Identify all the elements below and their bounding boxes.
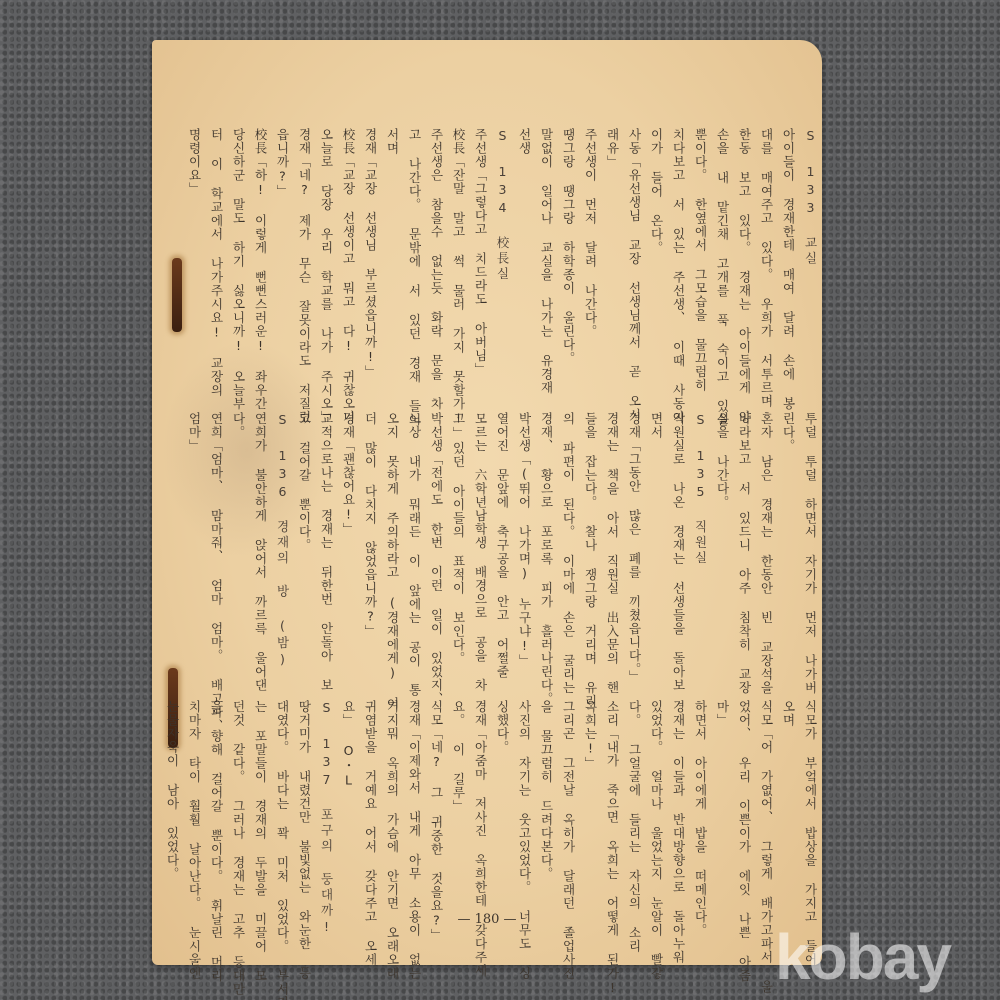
text-column: 엄마」: [184, 412, 204, 687]
text-column: 경재「그동안 많은 폐를 끼쳤읍니다。」: [624, 412, 644, 687]
text-column: 면서: [646, 412, 666, 687]
text-column: 식모「어 가엾어、 그렇게 배가고파서 울: [756, 700, 776, 930]
text-column: 들을 잡는다。 찰나 쟁그랑 거리며 유리: [580, 412, 600, 687]
text-column: 고 나간다。 문밖에 서 있던 경재 들어: [404, 128, 424, 428]
script-page: S 133 교실아이들이 경재한테 매여 달려 손에 봉대를 매여주고 있다。 …: [152, 40, 822, 965]
text-column: 校長「하! 이렇게 뻔뻔스러운! 좌우간: [250, 128, 270, 428]
text-column: 오지 못하게 주의하라고 (경재에게) 어: [382, 412, 402, 687]
text-column: 오늘로 당장 우리 학교를 나가 주시오」: [316, 128, 336, 428]
text-column: 요」 O・L: [338, 700, 358, 930]
text-column: 마」: [712, 700, 732, 930]
scene-heading: S 133 교실: [800, 128, 820, 428]
text-column: 다。 그얼굴에 들리는 자신의 소리: [624, 700, 644, 930]
text-column: 선생: [514, 128, 534, 428]
section-bottom: 식모가 부엌에서 밥상을 가지고 들어오며식모「어 가엾어、 그렇게 배가고파서…: [200, 700, 820, 930]
text-column: 주선생이 먼저 달려 나간다。: [580, 128, 600, 428]
text-column: 고 있던 아이들의 표적이 보인다。: [448, 412, 468, 687]
text-column: 당신하군 말도 하기 싫오니까! 오늘부: [228, 128, 248, 428]
text-column: 다。: [228, 412, 248, 687]
text-column: 열어진 문앞에 축구공을 안고 어쩔줄: [492, 412, 512, 687]
staple-top: [172, 258, 182, 332]
text-column: 모르는 六학년남학생 배경으로 공을 차: [470, 412, 490, 687]
text-column: 식모「네? 그 귀중한 것을요?」: [426, 700, 446, 930]
text-column: 읍니까?」: [272, 128, 292, 428]
text-column: 소리「내가 죽으면 옥희는 어떻게 된가!: [602, 700, 622, 930]
text-column: 있었다。 얼마나 울었는지 눈알이 빨갛: [646, 700, 666, 930]
text-column: 교적으로나는 경재는 뒤한번 안돌아 보: [316, 412, 336, 687]
text-column: 이가 들어 온다。: [646, 128, 666, 428]
text-column: 경재、 황으로 포로록 피가 흘러나린다。: [536, 412, 556, 687]
text-column: 옥희는!」: [580, 700, 600, 930]
text-column: 땡그랑 땡그랑 하학종이 울린다。: [558, 128, 578, 428]
text-column: 을 물끄럼히 드려다본다。: [536, 700, 556, 930]
text-column: 싱했다。: [492, 700, 512, 930]
text-column: 서며: [382, 128, 402, 428]
text-column: 치마자 타이 훨훨 날아난다。 눈시울엔: [184, 700, 204, 930]
text-column: 경재「네? 제가 무슨 잘못이라도 저질렀: [294, 128, 314, 428]
text-column: 투덜 투덜 하면서 자기가 먼저 나가버: [800, 412, 820, 687]
text-column: 눈물자욱이 남아 있었다。: [162, 700, 182, 930]
section-top: S 133 교실아이들이 경재한테 매여 달려 손에 봉대를 매여주고 있다。 …: [200, 128, 820, 428]
text-column: 땅거미가 내렸건만 불빛없는 와눈한 등: [294, 700, 314, 930]
text-column: 주선생은 참을수 없는듯 화락 문을 차: [426, 128, 446, 428]
text-column: 거지뭐 옥희의 가슴에 안기면 오래오래: [382, 700, 402, 930]
text-column: 연희가 불안하게 앉어서 까르륵 울어댄: [250, 412, 270, 687]
text-column: 혼자 남은 경재는 한동안 빈 교장석을: [756, 412, 776, 687]
scene-heading: S 136 경재의 방 (밤): [272, 412, 292, 687]
text-column: 더 많이 다치지 않었읍니까?」: [360, 412, 380, 687]
text-column: 의 파편이 된다。 이마에 손은 굴리는: [558, 412, 578, 687]
text-column: 는 포말들이 경재의 두발을 미끌어 모: [250, 700, 270, 930]
text-column: 명령이요」: [184, 128, 204, 428]
text-column: 었어、 우리 이쁜이가 에잇 나쁜 아즘: [734, 700, 754, 930]
text-column: 경재「이제와서 내게 아무 소용이 없는: [404, 700, 424, 930]
text-column: 박선생「(뛰어 나가며) 누구냐!」: [514, 412, 534, 687]
text-column: 터 이 학교에서 나가주시요! 교장의: [206, 128, 226, 428]
text-column: 뿐이다。 한옆에서 그모습을 물끄럼히: [690, 128, 710, 428]
text-column: 경재「아줌마 저사진 옥희한테 갖다주세: [470, 700, 490, 930]
text-column: 대였다。 바다는 꽉 미처 있었다。 부서지: [272, 700, 292, 930]
text-column: 노상 내가 뭐래든 이 앞에는 공이 통: [404, 412, 424, 687]
text-column: 고 걸어갈 뿐이다。: [294, 412, 314, 687]
text-column: 래유」: [602, 128, 622, 428]
text-column: 주선생「그렇다고 치드라도 아버님」: [470, 128, 490, 428]
page-number: — 180 —: [152, 912, 822, 927]
text-column: 실을 나간다。: [712, 412, 732, 687]
text-column: 귀염받을 거예요 어서 갖다주고 오세: [360, 700, 380, 930]
text-column: 校長「잔말 말고 썩 물러 가지 못할가!」: [448, 128, 468, 428]
scene-heading: S 134 校長실: [492, 128, 512, 428]
text-column: 사동「유선생님 교장 선생님께서 곧 오시: [624, 128, 644, 428]
text-column: 校長「교장 선생이고 뭐고 다! 귀찮오니: [338, 128, 358, 428]
text-column: 대를 매여주고 있다。 우희가 서투르며: [756, 128, 776, 428]
text-column: 사진의 자기는 웃고있었다。 너무도 싱: [514, 700, 534, 930]
text-column: 손을 내 맡긴채 고개를 푹 숙이고 있을: [712, 128, 732, 428]
text-column: 박선생「전에도 한번 이런 일이 있었지、: [426, 412, 446, 687]
text-column: 직원실로 나온 경재는 선생들을 돌아보: [668, 412, 688, 687]
section-middle: 투덜 투덜 하면서 자기가 먼저 나가버린다。혼자 남은 경재는 한동안 빈 교…: [200, 412, 820, 687]
text-column: 하면서 아이에게 밥을 떠메인다。: [690, 700, 710, 930]
text-column: 아이들이 경재한테 매여 달려 손에 봉: [778, 128, 798, 428]
text-column: 말없이 일어나 교실을 나가는 유경재: [536, 128, 556, 428]
text-column: 치다보고 서 있는 주선생、 이때 사동아: [668, 128, 688, 428]
text-column: 그리곤 그전날 옥히가 달래던 졸업사진: [558, 700, 578, 930]
watermark-logo: kobay: [775, 920, 950, 994]
text-column: 연희「엄마、 맘마줘、 엄마 엄마。 배고파、: [206, 412, 226, 687]
text-column: 던것 같다。 그러나 경재는 고추 등대만: [228, 700, 248, 930]
text-column: 을 향해 걸어갈 뿐이다。 휘날린 머리: [206, 700, 226, 930]
text-column: 경재「괜찮어요!」: [338, 412, 358, 687]
text-column: 경재는 책을 아서 직원실 出入문의 핸: [602, 412, 622, 687]
text-column: 경재는 이들과 반대방향으로 돌아누워: [668, 700, 688, 930]
text-column: 식모가 부엌에서 밥상을 가지고 들어: [800, 700, 820, 930]
text-column: 요。 이 길루」: [448, 700, 468, 930]
text-column: 경재「교장 선생님 부르셨읍니까!」: [360, 128, 380, 428]
text-column: 한동 보고 있다。 경재는 아이들에게 양: [734, 128, 754, 428]
scene-heading: S 135 직원실: [690, 412, 710, 687]
text-column: 오며: [778, 700, 798, 930]
scene-heading: S 137 포구의 둥대까!: [316, 700, 336, 930]
text-column: 바라보고 서 있드니 아주 침착히 교장: [734, 412, 754, 687]
text-column: 린다。: [778, 412, 798, 687]
